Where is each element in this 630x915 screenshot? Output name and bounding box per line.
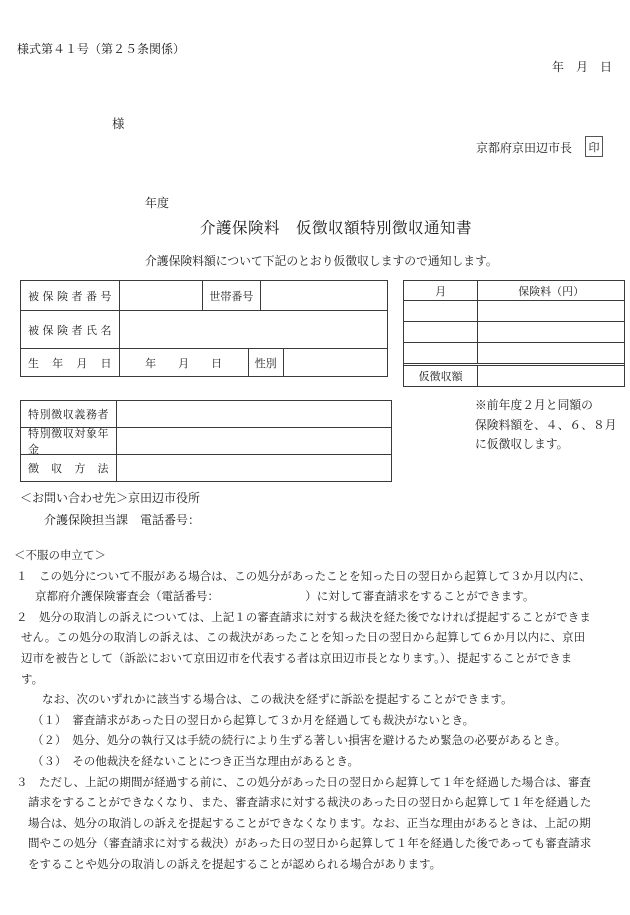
appeal-line: ２ 処分の取消しの訴えについては、上記１の審査請求に対する裁決を経た後でなければ… bbox=[0, 608, 630, 629]
contact-phone-line: 介護保険担当課 電話番号： bbox=[44, 511, 200, 528]
collection-obligor-value bbox=[116, 401, 391, 427]
note-line: 保険料額を、４、６、８月 bbox=[475, 416, 617, 436]
gender-label: 性別 bbox=[248, 349, 283, 376]
appeal-line: 京都府介護保険審査会（電話番号： ）に対して審査請求をすることができます。 bbox=[0, 587, 630, 608]
table-row bbox=[404, 342, 624, 363]
insured-number-label: 被保険者番号 bbox=[21, 281, 119, 310]
appeal-line: す。 bbox=[0, 670, 630, 691]
month-cell bbox=[404, 343, 477, 363]
gender-value bbox=[283, 349, 387, 376]
month-header: 月 bbox=[404, 281, 477, 300]
appeal-line: 間やこの処分（審査請求に対する裁決）があった日の翌日から起算して１年を経過した後… bbox=[0, 834, 630, 855]
notice-document: 様式第４１号（第２５条関係） 年 月 日 様 京都府京田辺市長 印 年度 介護保… bbox=[0, 0, 630, 915]
appeal-line: （３） その他裁決を経ないことにつき正当な理由があるとき。 bbox=[0, 752, 630, 773]
appeal-section: ＜不服の申立て＞ １ この処分について不服がある場合は、この処分があったことを知… bbox=[0, 546, 630, 876]
insured-info-table: 被保険者番号 世帯番号 被保険者氏名 生年月日 年 月 日 性別 bbox=[20, 280, 388, 377]
appeal-line: 辺市を被告として（訴訟において京田辺市を代表する者は京田辺市長となります。）、提… bbox=[0, 649, 630, 670]
addressee-sama: 様 bbox=[112, 114, 125, 132]
table-row: 被保険者氏名 bbox=[21, 310, 387, 348]
provisional-total-row: 仮徴収額 bbox=[404, 363, 624, 386]
provisional-total-value bbox=[477, 366, 624, 386]
month-cell bbox=[404, 322, 477, 342]
appeal-heading: ＜不服の申立て＞ bbox=[0, 546, 630, 567]
form-number: 様式第４１号（第２５条関係） bbox=[17, 40, 185, 57]
table-row: 生年月日 年 月 日 性別 bbox=[21, 348, 387, 376]
target-pension-label: 特別徴収対象年金 bbox=[21, 428, 116, 454]
premium-cell bbox=[477, 301, 624, 321]
appeal-line: （１） 審査請求があった日の翌日から起算して３か月を経過しても裁決がないとき。 bbox=[0, 711, 630, 732]
issue-date-line: 年 月 日 bbox=[552, 58, 612, 75]
provisional-total-label: 仮徴収額 bbox=[404, 366, 477, 386]
table-row: 特別徴収義務者 bbox=[21, 401, 391, 427]
collection-info-table: 特別徴収義務者 特別徴収対象年金 徴収方法 bbox=[20, 400, 392, 482]
table-row bbox=[404, 321, 624, 342]
note-line: に仮徴収します。 bbox=[475, 435, 617, 455]
birth-date-value: 年 月 日 bbox=[119, 349, 248, 376]
document-title: 介護保険料 仮徴収額特別徴収通知書 bbox=[200, 216, 472, 238]
table-row: 徴収方法 bbox=[21, 454, 391, 481]
appeal-line: （２） 処分、処分の執行又は手続の続行により生ずる著しい損害を避けるため緊急の必… bbox=[0, 731, 630, 752]
appeal-line: 場合は、処分の取消しの訴えを提起することができなくなります。なお、正当な理由があ… bbox=[0, 814, 630, 835]
birth-date-label: 生年月日 bbox=[21, 349, 119, 376]
intro-sentence: 介護保険料額について下記のとおり仮徴収しますので通知します。 bbox=[145, 252, 498, 269]
table-header-row: 月 保険料（円） bbox=[404, 281, 624, 300]
insured-number-value bbox=[119, 281, 203, 310]
premium-table: 月 保険料（円） 仮徴収額 bbox=[403, 280, 625, 387]
appeal-line: １ この処分について不服がある場合は、この処分があったことを知った日の翌日から起… bbox=[0, 567, 630, 588]
appeal-line: をすることや処分の取消しの訴えを提起することが認められる場合があります。 bbox=[0, 855, 630, 876]
table-row: 被保険者番号 世帯番号 bbox=[21, 281, 387, 310]
target-pension-value bbox=[116, 428, 391, 454]
collection-obligor-label: 特別徴収義務者 bbox=[21, 401, 116, 427]
collection-method-label: 徴収方法 bbox=[21, 455, 116, 481]
premium-cell bbox=[477, 343, 624, 363]
mayor-signature: 京都府京田辺市長 bbox=[476, 139, 572, 156]
provisional-collection-note: ※前年度２月と同額の 保険料額を、４、６、８月 に仮徴収します。 bbox=[475, 396, 617, 455]
insured-name-label: 被保険者氏名 bbox=[21, 311, 119, 348]
appeal-line: 請求をすることができなくなり、また、審査請求に対する裁決のあった日の翌日から起算… bbox=[0, 793, 630, 814]
insured-name-value bbox=[119, 311, 387, 348]
premium-header: 保険料（円） bbox=[477, 281, 624, 300]
appeal-line: なお、次のいずれかに該当する場合は、この裁決を経ずに訴訟を提起することができます… bbox=[0, 690, 630, 711]
note-line: ※前年度２月と同額の bbox=[475, 396, 617, 416]
household-number-label: 世帯番号 bbox=[202, 281, 260, 310]
month-cell bbox=[404, 301, 477, 321]
appeal-line: せん。この処分の取消しの訴えは、この裁決があったことを知った日の翌日から起算して… bbox=[0, 628, 630, 649]
table-row: 特別徴収対象年金 bbox=[21, 427, 391, 454]
table-row bbox=[404, 300, 624, 321]
fiscal-year-label: 年度 bbox=[145, 194, 169, 211]
seal-mark: 印 bbox=[585, 136, 603, 157]
household-number-value bbox=[260, 281, 387, 310]
collection-method-value bbox=[116, 455, 391, 481]
appeal-line: ３ ただし、上記の期間が経過する前に、この処分があった日の翌日から起算して１年を… bbox=[0, 773, 630, 794]
contact-office-line: ＜お問い合わせ先＞京田辺市役所 bbox=[20, 489, 200, 506]
premium-cell bbox=[477, 322, 624, 342]
